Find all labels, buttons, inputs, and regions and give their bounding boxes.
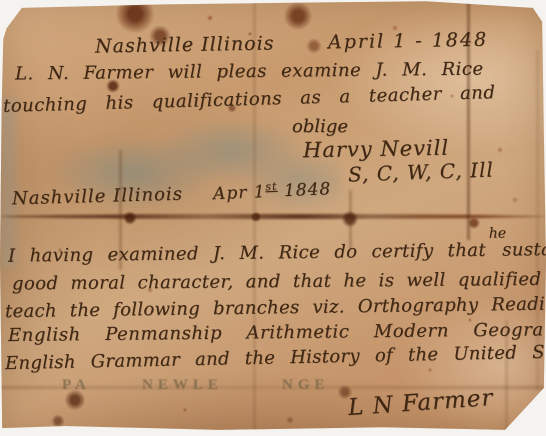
horizontal-fold-crease	[0, 214, 546, 219]
ghost-stamp-segment: NEWLE	[142, 377, 223, 394]
left-edge-shadow	[0, 98, 16, 268]
paper-sheet: Nashville Illinois April 1 - 1848 L. N. …	[0, 0, 546, 436]
signer-name: Harvy Nevill	[303, 136, 449, 163]
examiner-signature: L N Farmer	[347, 385, 494, 421]
inserted-word: he	[489, 226, 507, 242]
date-ordinal: st	[265, 180, 278, 194]
dateline-date: April 1 - 1848	[328, 29, 488, 54]
note-closing: oblige	[292, 116, 348, 137]
certificate-line-1-start: I having examined J. M. Rice do certify …	[8, 240, 486, 267]
ghost-stamp-segment: NGE	[282, 377, 330, 394]
date-day: Apr 1	[213, 182, 266, 204]
certificate-line-4: English Penmanship Arithmetic Modern Geo…	[8, 319, 546, 346]
ghost-stamp-segment: PA	[62, 377, 91, 394]
certificate-line-5: English Grammar and the History of the U…	[5, 341, 546, 374]
certificate-line-3: teach the following branches viz. Orthog…	[5, 293, 546, 322]
certificate-line-1-end: sustains a	[502, 238, 546, 260]
dateline-place: Nashville Illinois	[95, 32, 275, 57]
certificate-line-2: good moral character, and that he is wel…	[12, 269, 546, 295]
certificate-line-1: I having examined J. M. Rice do certify …	[8, 238, 546, 266]
signer-title: S, C, W, C, Ill	[348, 157, 495, 186]
note-line-1: L. N. Farmer will pleas examine J. M. Ri…	[15, 59, 484, 85]
date-year: 1848	[284, 179, 332, 201]
scanned-document: Nashville Illinois April 1 - 1848 L. N. …	[0, 0, 546, 436]
caret-insertion: he	[486, 240, 488, 261]
